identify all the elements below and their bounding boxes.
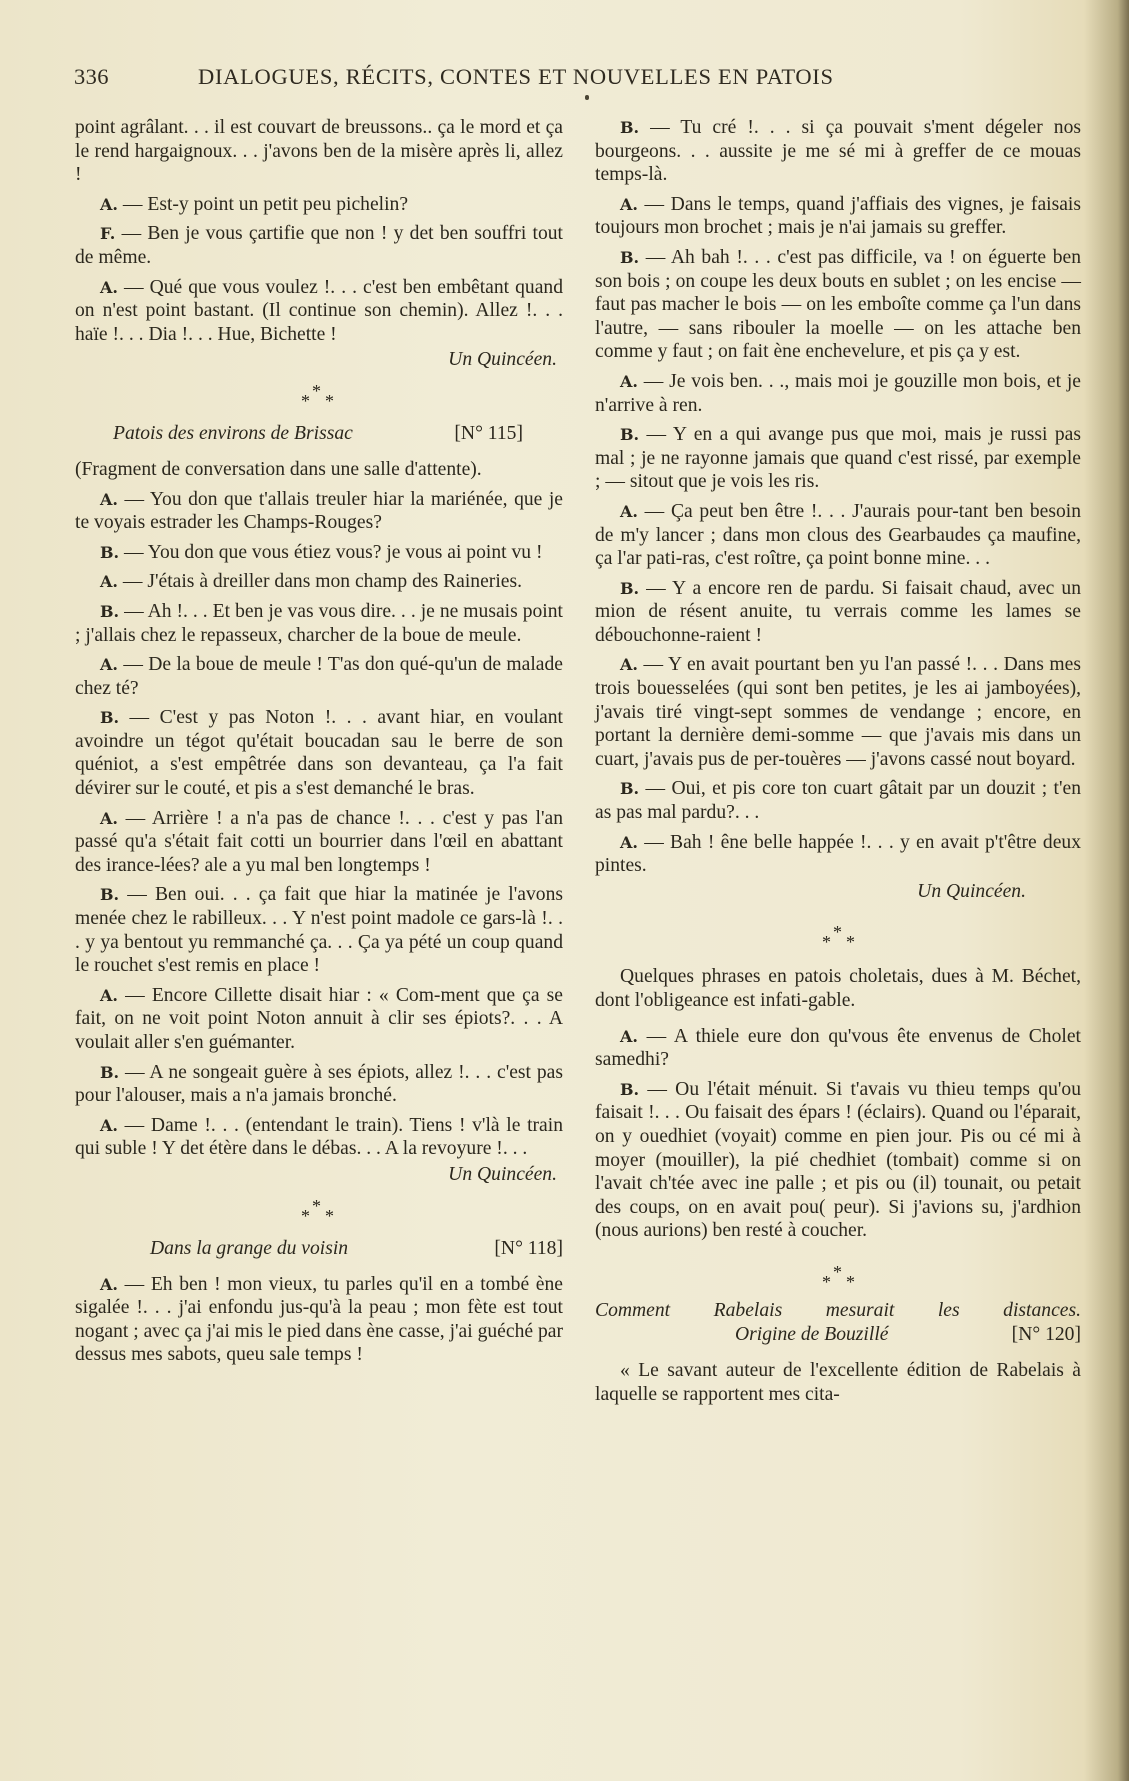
dialogue-line: B. — A ne songeait guère à ses épiots, a…	[75, 1061, 563, 1108]
left-column: point agrâlant. . . il est couvart de br…	[75, 116, 563, 1373]
speaker: A.	[100, 490, 118, 509]
speaker: A.	[100, 1116, 118, 1135]
section-subtitle: Origine de Bouzillé	[735, 1323, 888, 1347]
speaker: A.	[100, 195, 118, 214]
dialogue-line: B. — Ah !. . . Et ben je vas vous dire. …	[75, 600, 563, 647]
speaker: A.	[100, 278, 118, 297]
dialogue-line: A. — A thiele eure don qu'vous ête enven…	[595, 1025, 1081, 1072]
paragraph: point agrâlant. . . il est couvart de br…	[75, 116, 563, 187]
dialogue-line: A. — Dans le temps, quand j'affiais des …	[595, 193, 1081, 240]
dialogue-line: B. — C'est y pas Noton !. . . avant hiar…	[75, 706, 563, 800]
speaker: B.	[620, 779, 639, 798]
dialogue-line: A. — You don que t'allais treuler hiar l…	[75, 488, 563, 535]
section-number: [N° 120]	[1012, 1323, 1081, 1347]
speaker: B.	[100, 1063, 119, 1082]
page-number: 336	[74, 64, 109, 90]
speaker: B.	[100, 885, 119, 904]
dialogue-line: A. — De la boue de meule ! T'as don qué-…	[75, 653, 563, 700]
speaker: B.	[620, 248, 639, 267]
dialogue-line: A. — Arrière ! a n'a pas de chance !. . …	[75, 807, 563, 878]
section-ornament: ***	[595, 909, 1081, 961]
dialogue-line: A. — Je vois ben. . ., mais moi je gouzi…	[595, 370, 1081, 417]
speaker: B.	[620, 1080, 639, 1099]
dialogue-line: F. — Ben je vous çartifie que non ! y de…	[75, 222, 563, 269]
speaker: A.	[620, 833, 638, 852]
section-ornament: ***	[75, 378, 563, 418]
speaker: F.	[100, 224, 115, 243]
dialogue-line: A. — Bah ! êne belle happée !. . . y en …	[595, 831, 1081, 878]
dialogue-line: A. — Encore Cillette disait hiar : « Com…	[75, 984, 563, 1055]
speaker: B.	[100, 543, 119, 562]
dialogue-line: A. — Est-y point un petit peu pichelin?	[75, 193, 563, 217]
section-ornament: ***	[595, 1249, 1081, 1295]
running-title: DIALOGUES, RÉCITS, CONTES ET NOUVELLES E…	[198, 64, 834, 90]
speaker: A.	[620, 195, 638, 214]
section-title-text: Comment Rabelais mesurait les distances.	[595, 1299, 1081, 1323]
signature: Un Quincéen.	[595, 880, 1081, 904]
section-title: Comment Rabelais mesurait les distances.…	[595, 1299, 1081, 1349]
dialogue-line: A. — Qué que vous voulez !. . . c'est be…	[75, 276, 563, 347]
dialogue-line: B. — Y a encore ren de pardu. Si faisait…	[595, 577, 1081, 648]
dialogue-line: B. — Oui, et pis core ton cuart gâtait p…	[595, 777, 1081, 824]
dialogue-line: B. — You don que vous étiez vous? je vou…	[75, 541, 563, 565]
dialogue-line: B. — Ou l'était ménuit. Si t'avais vu th…	[595, 1078, 1081, 1243]
speaker: B.	[100, 708, 119, 727]
dialogue-line: A. — Ça peut ben être !. . . J'aurais po…	[595, 500, 1081, 571]
dialogue-line: B. — Y en a qui avange pus que moi, mais…	[595, 423, 1081, 494]
speaker: A.	[100, 809, 118, 828]
speaker: A.	[100, 1275, 118, 1294]
printing-dot	[585, 95, 589, 100]
speaker: A.	[100, 572, 118, 591]
section-ornament: ***	[75, 1193, 563, 1233]
dialogue-line: A. — Dame !. . . (entendant le train). T…	[75, 1114, 563, 1161]
running-header: 336 DIALOGUES, RÉCITS, CONTES ET NOUVELL…	[74, 64, 954, 94]
section-number: [N° 115]	[454, 422, 523, 446]
signature: Un Quincéen.	[75, 1163, 563, 1187]
speaker: B.	[620, 425, 639, 444]
speaker: A.	[620, 1027, 638, 1046]
section-title: Patois des environs de Brissac [N° 115]	[75, 422, 563, 448]
speaker: A.	[100, 655, 118, 674]
section-number: [N° 118]	[494, 1237, 563, 1261]
dialogue-line: B. — Tu cré !. . . si ça pouvait s'ment …	[595, 116, 1081, 187]
speaker: B.	[620, 579, 639, 598]
speaker: A.	[620, 655, 638, 674]
section-title: Dans la grange du voisin [N° 118]	[75, 1237, 563, 1263]
dialogue-line: A. — Y en avait pourtant ben yu l'an pas…	[595, 653, 1081, 771]
speaker: A.	[620, 372, 638, 391]
section-title-text: Patois des environs de Brissac	[113, 422, 353, 446]
section-title-text: Dans la grange du voisin	[150, 1237, 348, 1261]
paragraph: Quelques phrases en patois choletais, du…	[595, 965, 1081, 1012]
signature: Un Quincéen.	[75, 348, 563, 372]
dialogue-line: A. — J'étais à dreiller dans mon champ d…	[75, 570, 563, 594]
speaker: A.	[100, 986, 118, 1005]
speaker: B.	[100, 602, 119, 621]
dialogue-line: B. — Ah bah !. . . c'est pas difficile, …	[595, 246, 1081, 364]
dialogue-line: A. — Eh ben ! mon vieux, tu parles qu'il…	[75, 1273, 563, 1367]
speaker: B.	[620, 118, 639, 137]
right-column: B. — Tu cré !. . . si ça pouvait s'ment …	[595, 116, 1081, 1412]
dialogue-line: B. — Ben oui. . . ça fait que hiar la ma…	[75, 883, 563, 977]
speaker: A.	[620, 502, 638, 521]
paragraph: (Fragment de conversation dans une salle…	[75, 458, 563, 482]
paragraph: « Le savant auteur de l'excellente éditi…	[595, 1359, 1081, 1406]
